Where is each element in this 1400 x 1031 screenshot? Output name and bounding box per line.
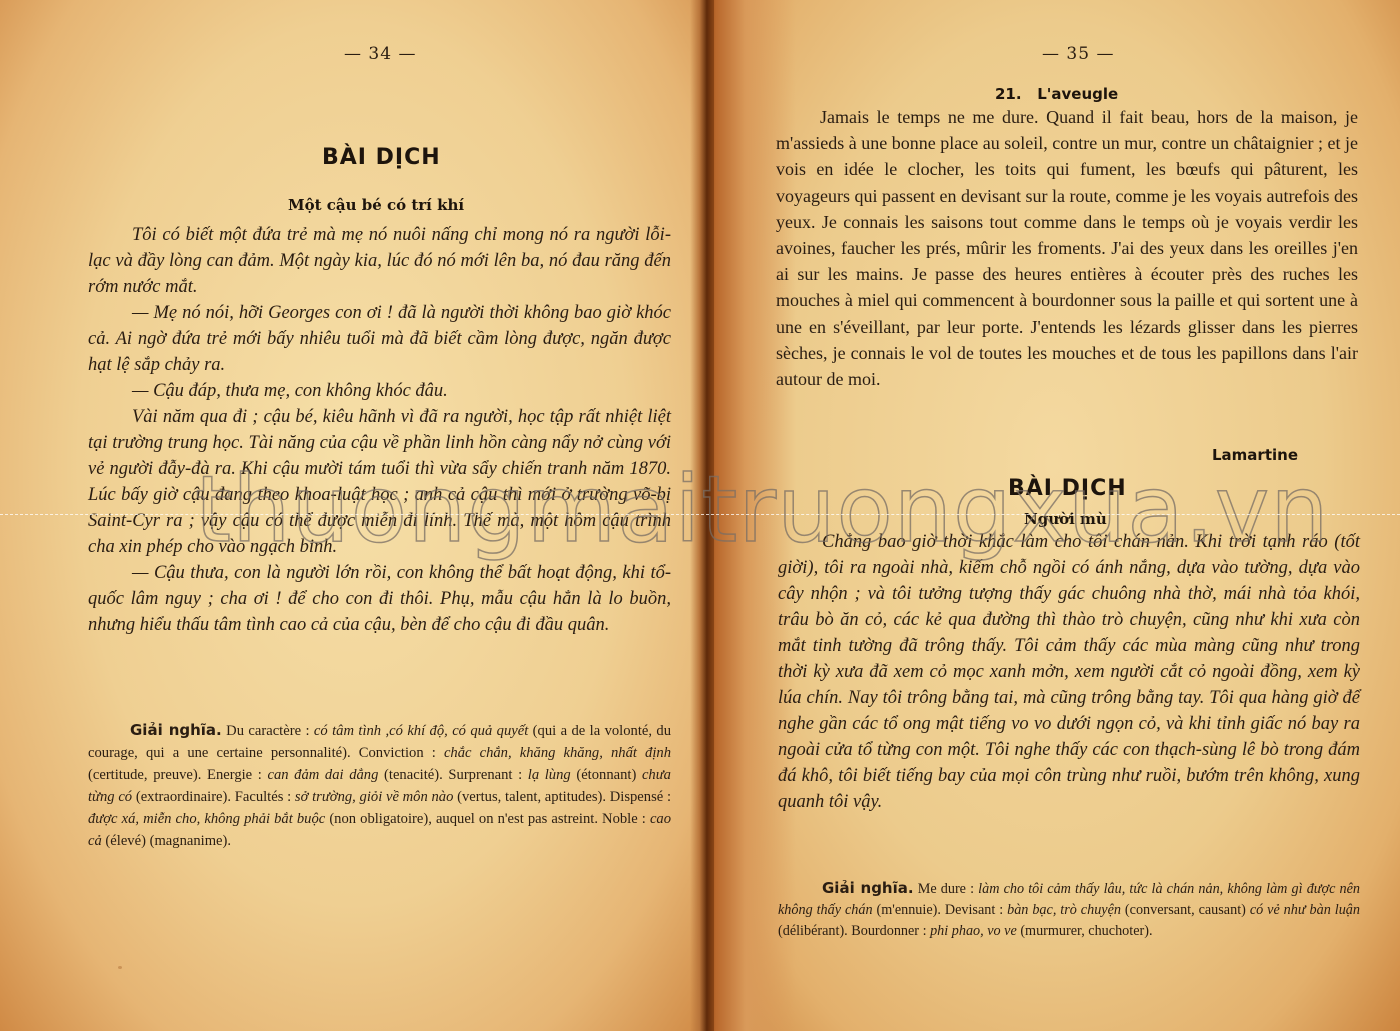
glossary-french-term: Me dure : (918, 881, 978, 897)
glossary-french-term: (certitude, preuve). Energie : (88, 767, 267, 783)
glossary-note: Giải nghĩa. Me dure : làm cho tôi cảm th… (778, 878, 1360, 942)
section-heading: BÀI DỊCH (1008, 476, 1127, 501)
glossary-french-term: (délibérant). Bourdonner : (778, 923, 930, 939)
translation-text: Tôi có biết một đứa trẻ mà mẹ nó nuôi nấ… (88, 222, 671, 638)
translation-text: Chẳng bao giờ thời khắc làm cho tôi chán… (778, 529, 1360, 815)
glossary-french-term: (m'ennuie). Devisant : (873, 902, 1008, 918)
book-gutter (690, 0, 714, 1031)
glossary-vietnamese-term: bàn bạc, trò chuyện (1007, 902, 1121, 918)
paragraph: — Cậu thưa, con là người lớn rồi, con kh… (88, 560, 671, 638)
glossary-label: Giải nghĩa. (822, 879, 914, 897)
glossary-vietnamese-term: phi phao, vo ve (930, 923, 1017, 939)
lesson-title: 21. L'aveugle (995, 85, 1118, 103)
section-heading: BÀI DỊCH (322, 145, 441, 170)
glossary-french-term: (murmurer, chuchoter). (1017, 923, 1153, 939)
french-text: Jamais le temps ne me dure. Quand il fai… (776, 104, 1358, 392)
glossary-vietnamese-term: can đảm dai dẳng (267, 767, 378, 783)
paragraph: Jamais le temps ne me dure. Quand il fai… (776, 104, 1358, 392)
glossary-vietnamese-term: có vẻ như bàn luận (1250, 902, 1360, 918)
glossary-vietnamese-term: được xá, miễn cho, không phải bắt buộc (88, 811, 325, 827)
paragraph: — Mẹ nó nói, hỡi Georges con ơi ! đã là … (88, 300, 671, 378)
paper-stain (118, 966, 122, 969)
glossary-french-term: (non obligatoire), auquel on n'est pas a… (325, 811, 650, 827)
glossary-vietnamese-term: lạ lùng (528, 767, 571, 783)
right-page: — 35 — 21. L'aveugle Jamais le temps ne … (706, 0, 1400, 1031)
author-name: Lamartine (1212, 446, 1298, 464)
glossary-vietnamese-term: sở trường, giỏi về môn nào (295, 789, 454, 805)
glossary-french-term: (élevé) (magnanime). (102, 833, 231, 849)
left-page: — 34 — BÀI DỊCH Một cậu bé có trí khí Tô… (0, 0, 706, 1031)
paragraph: Vài năm qua đi ; cậu bé, kiêu hãnh vì đã… (88, 404, 671, 560)
page-number: — 34 — (344, 44, 416, 64)
glossary-french-term: (extraordinaire). Facultés : (132, 789, 295, 805)
paragraph: — Cậu đáp, thưa mẹ, con không khóc đâu. (88, 378, 671, 404)
story-title: Người mù (1024, 510, 1107, 528)
glossary-french-term: Du caractère : (226, 723, 314, 739)
glossary-french-term: (étonnant) (571, 767, 642, 783)
glossary-label: Giải nghĩa. (130, 721, 222, 739)
paragraph: Tôi có biết một đứa trẻ mà mẹ nó nuôi nấ… (88, 222, 671, 300)
glossary-vietnamese-term: chắc chắn, khăng khăng, nhất định (444, 745, 671, 761)
glossary-vietnamese-term: có tâm tình ,có khí độ, có quả quyết (314, 723, 528, 739)
glossary-french-term: (vertus, talent, aptitudes). Dispensé : (453, 789, 671, 805)
glossary-french-term: (tenacité). Surprenant : (378, 767, 527, 783)
glossary-french-term: (conversant, causant) (1121, 902, 1250, 918)
paragraph: Chẳng bao giờ thời khắc làm cho tôi chán… (778, 529, 1360, 815)
story-title: Một cậu bé có trí khí (288, 196, 464, 214)
page-number: — 35 — (1042, 44, 1114, 64)
glossary-note: Giải nghĩa. Du caractère : có tâm tình ,… (88, 719, 671, 852)
